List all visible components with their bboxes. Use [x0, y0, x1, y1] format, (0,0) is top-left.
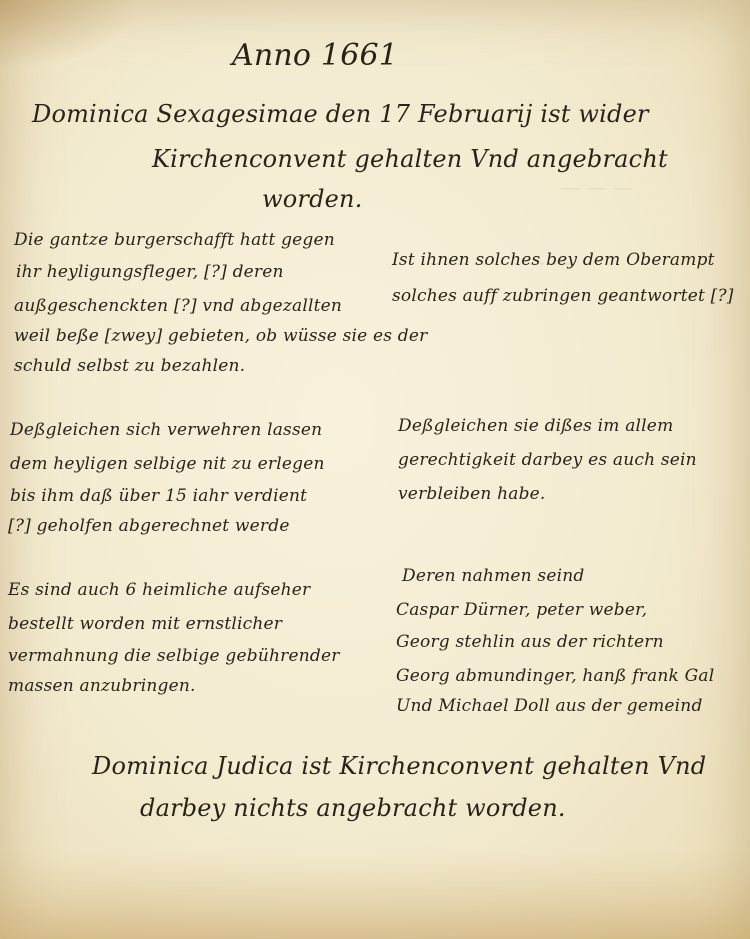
- text-line: Und Michael Doll aus der gemeind: [396, 696, 703, 716]
- text-line: dem heyligen selbige nit zu erlegen: [10, 454, 325, 474]
- manuscript-page: — — — — — — — — — Anno 1661 Dominica Sex…: [0, 0, 750, 939]
- text-line: gerechtigkeit darbey es auch sein: [398, 450, 697, 470]
- text-line: Es sind auch 6 heimliche aufseher: [8, 580, 310, 600]
- text-line: Deßgleichen sich verwehren lassen: [10, 420, 322, 440]
- text-line: schuld selbst zu bezahlen.: [14, 356, 245, 376]
- text-line: Caspar Dürner, peter weber,: [396, 600, 647, 620]
- text-line: solches auff zubringen geantwortet [?]: [392, 286, 734, 306]
- header-line-1: Dominica Sexagesimae den 17 Februarij is…: [32, 100, 649, 128]
- text-line: bis ihm daß über 15 iahr verdient: [10, 486, 307, 506]
- text-line: bestellt worden mit ernstlicher: [8, 614, 282, 634]
- text-line: massen anzubringen.: [8, 676, 196, 696]
- bleed-through-text: — — —: [560, 175, 633, 199]
- header-line-2: Kirchenconvent gehalten Vnd angebracht: [152, 145, 668, 173]
- text-line: [?] geholfen abgerechnet werde: [8, 516, 290, 536]
- text-line: ihr heyligungsfleger, [?] deren: [16, 262, 284, 282]
- text-line: Ist ihnen solches bey dem Oberampt: [392, 250, 715, 270]
- footer-line-2: darbey nichts angebracht worden.: [140, 794, 566, 822]
- year-heading: Anno 1661: [232, 38, 398, 73]
- text-line: Die gantze burgerschafft hatt gegen: [14, 230, 335, 250]
- text-line: Deßgleichen sie dißes im allem: [398, 416, 673, 436]
- text-line: verbleiben habe.: [398, 484, 546, 504]
- header-line-3: worden.: [262, 185, 363, 213]
- text-line: außgeschenckten [?] vnd abgezallten: [14, 296, 342, 316]
- text-line: vermahnung die selbige gebührender: [8, 646, 340, 666]
- text-line: Deren nahmen seind: [402, 566, 584, 586]
- text-line: Georg stehlin aus der richtern: [396, 632, 664, 652]
- footer-line-1: Dominica Judica ist Kirchenconvent gehal…: [92, 752, 706, 780]
- text-line: Georg abmundinger, hanß frank Gal: [396, 666, 714, 686]
- text-line: weil beße [zwey] gebieten, ob wüsse sie …: [14, 326, 427, 346]
